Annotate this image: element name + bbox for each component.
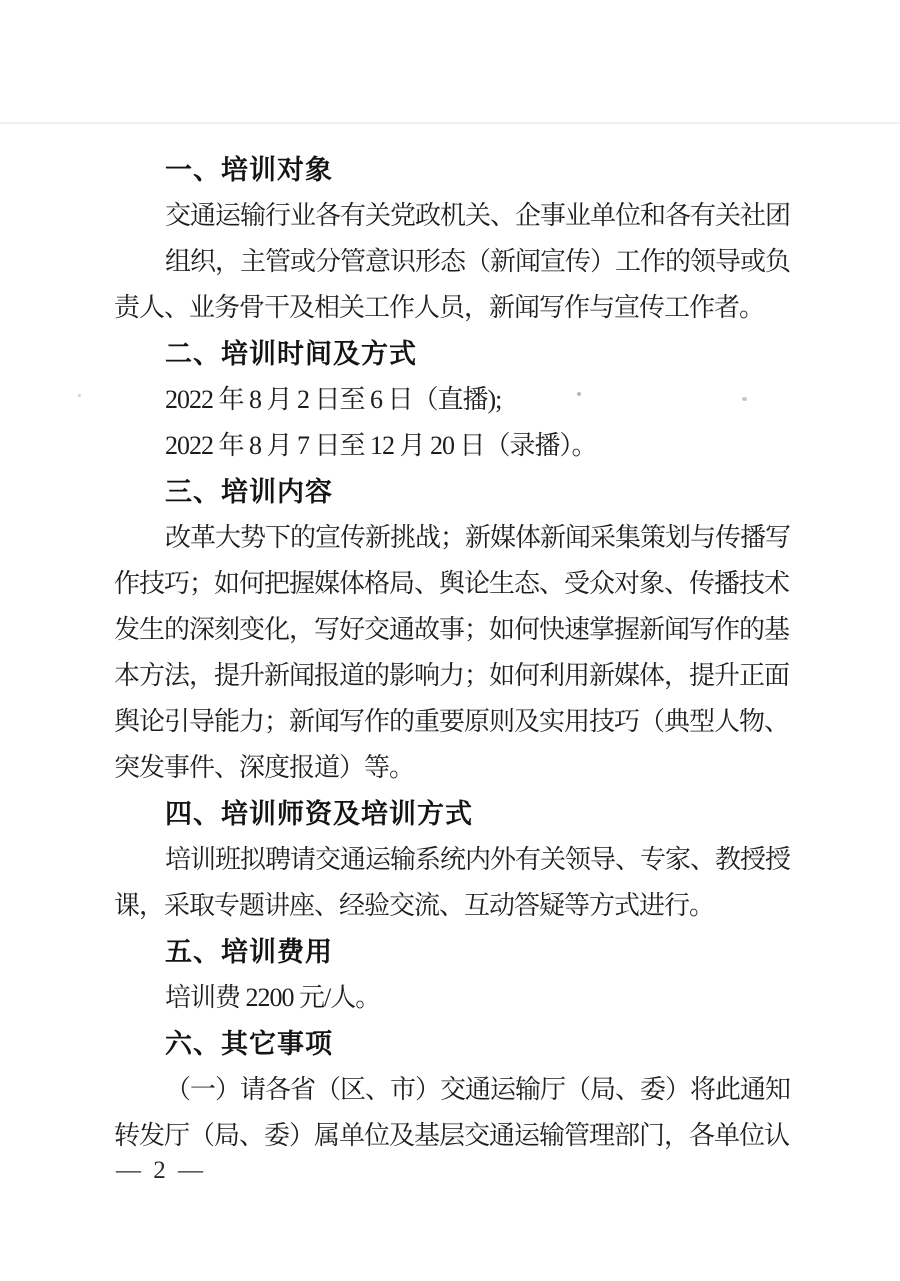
section-heading: 一、培训对象	[0, 147, 900, 193]
document-line: 交通运输行业各有关党政机关、企事业单位和各有关社团	[0, 193, 900, 239]
scan-speck	[577, 392, 581, 396]
section-heading: 六、其它事项	[0, 1021, 900, 1067]
document-line: 突发事件、深度报道）等。	[0, 745, 900, 791]
document-body: 一、培训对象交通运输行业各有关党政机关、企事业单位和各有关社团组织，主管或分管意…	[0, 147, 900, 1159]
page-number: — 2 —	[116, 1157, 206, 1185]
section-heading: 五、培训费用	[0, 929, 900, 975]
document-line: 组织，主管或分管意识形态（新闻宣传）工作的领导或负	[0, 239, 900, 285]
document-line: 培训费 2200 元/人。	[0, 975, 900, 1021]
section-heading: 二、培训时间及方式	[0, 331, 900, 377]
section-heading: 四、培训师资及培训方式	[0, 791, 900, 837]
document-line: 课，采取专题讲座、经验交流、互动答疑等方式进行。	[0, 883, 900, 929]
scan-speck	[742, 397, 747, 401]
document-line: 本方法，提升新闻报道的影响力；如何利用新媒体，提升正面	[0, 653, 900, 699]
scanned-document-page: 一、培训对象交通运输行业各有关党政机关、企事业单位和各有关社团组织，主管或分管意…	[0, 0, 900, 1281]
document-line: 改革大势下的宣传新挑战；新媒体新闻采集策划与传播写	[0, 515, 900, 561]
document-line: 发生的深刻变化，写好交通故事；如何快速掌握新闻写作的基	[0, 607, 900, 653]
document-line: 转发厅（局、委）属单位及基层交通运输管理部门，各单位认	[0, 1113, 900, 1159]
document-line: 培训班拟聘请交通运输系统内外有关领导、专家、教授授	[0, 837, 900, 883]
document-line: （一）请各省（区、市）交通运输厅（局、委）将此通知	[0, 1067, 900, 1113]
section-heading: 三、培训内容	[0, 469, 900, 515]
document-line: 2022 年 8 月 7 日至 12 月 20 日（录播）。	[0, 423, 900, 469]
document-line: 作技巧；如何把握媒体格局、舆论生态、受众对象、传播技术	[0, 561, 900, 607]
document-line: 责人、业务骨干及相关工作人员，新闻写作与宣传工作者。	[0, 285, 900, 331]
document-line: 2022 年 8 月 2 日至 6 日（直播);	[0, 377, 900, 423]
document-line: 舆论引导能力；新闻写作的重要原则及实用技巧（典型人物、	[0, 699, 900, 745]
scan-artifact-band	[0, 122, 900, 124]
scan-speck	[78, 394, 81, 397]
